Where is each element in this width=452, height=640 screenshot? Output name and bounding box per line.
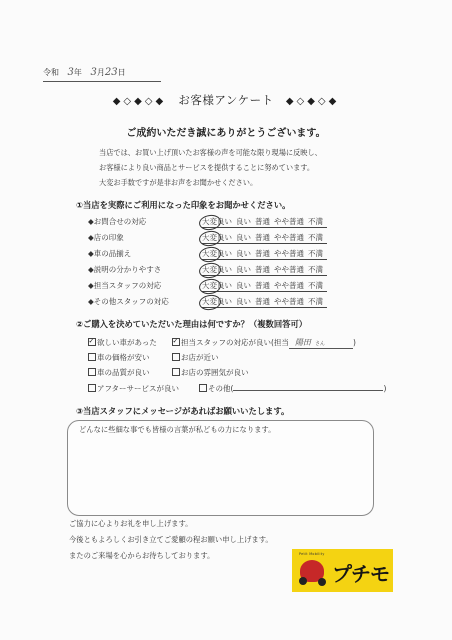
checkbox[interactable] <box>172 368 180 376</box>
rating-scale-row[interactable]: 大変良い良い普通やや普通不満 <box>202 280 327 292</box>
rating-option-average[interactable]: 普通 <box>255 233 270 242</box>
reason-other[interactable]: その他() <box>199 383 386 394</box>
company-logo: Petit Mobility プチモ <box>292 549 393 592</box>
rating-option-average[interactable]: 普通 <box>255 249 270 258</box>
logo-arc-text: Petit Mobility <box>299 552 325 556</box>
rating-option-fair[interactable]: やや普通 <box>274 233 304 242</box>
month-unit: 月 <box>97 68 105 77</box>
rating-option-fair[interactable]: やや普通 <box>274 281 304 290</box>
rating-option-poor[interactable]: 不満 <box>308 281 323 290</box>
wheel-icon <box>299 577 307 585</box>
reason-low-price[interactable]: 車の価格が安い <box>88 352 150 363</box>
reason-atmosphere[interactable]: お店の雰囲気が良い <box>172 367 249 378</box>
rating-option-excellent[interactable]: 大変良い <box>202 281 232 290</box>
rating-scale-row[interactable]: 大変良い良い普通やや普通不満 <box>202 248 327 260</box>
rating-option-good[interactable]: 良い <box>236 281 251 290</box>
rating-scale-row[interactable]: 大変良い良い普通やや普通不満 <box>202 264 327 276</box>
rating-scale-row[interactable]: 大変良い良い普通やや普通不満 <box>202 216 327 228</box>
section3-heading: ③当店スタッフにメッセージがあればお願いいたします。 <box>76 405 289 417</box>
rating-option-average[interactable]: 普通 <box>255 281 270 290</box>
checkbox[interactable] <box>88 368 96 376</box>
checkbox[interactable] <box>88 353 96 361</box>
rating-label: ◆担当スタッフの対応 <box>88 280 161 291</box>
closing-line-1: ご協力に心よりお礼を申し上げます。 <box>69 519 192 529</box>
rating-option-excellent[interactable]: 大変良い <box>202 233 232 242</box>
checkbox[interactable] <box>199 384 207 392</box>
title-text: お客様アンケート <box>178 93 273 107</box>
rating-option-excellent[interactable]: 大変良い <box>202 265 232 274</box>
thanks-heading: ご成約いただき誠にありがとうございます。 <box>0 124 452 139</box>
checkbox[interactable] <box>172 353 180 361</box>
day-unit: 日 <box>118 68 126 77</box>
rating-scale-row[interactable]: 大変良い良い普通やや普通不満 <box>202 296 327 308</box>
rating-option-average[interactable]: 普通 <box>255 265 270 274</box>
intro-line-3: 大変お手数ですが是非お声をお聞かせください。 <box>99 178 257 188</box>
rating-label: ◆その他スタッフの対応 <box>88 296 169 307</box>
rating-option-poor[interactable]: 不満 <box>308 249 323 258</box>
rating-option-good[interactable]: 良い <box>236 233 251 242</box>
checkbox-checked[interactable] <box>172 338 180 346</box>
diamond-decoration-left: ◆◇◆◇◆ <box>113 96 166 107</box>
rating-label: ◆車の品揃え <box>88 248 131 259</box>
rating-option-excellent[interactable]: 大変良い <box>202 217 232 226</box>
rating-scale-row[interactable]: 大変良い良い普通やや普通不満 <box>202 232 327 244</box>
day-value: 23 <box>105 67 118 78</box>
rating-option-good[interactable]: 良い <box>236 249 251 258</box>
intro-line-2: お客様により良い商品とサービスを提供することに努めています。 <box>99 163 314 173</box>
date-field[interactable]: 令和 3年 3月23日 <box>43 65 161 82</box>
logo-name: プチモ <box>332 558 389 587</box>
section1-heading: ①当店を実際にご利用になった印象をお聞かせください。 <box>76 199 290 211</box>
rating-option-poor[interactable]: 不満 <box>308 217 323 226</box>
survey-page: 令和 3年 3月23日 ◆◇◆◇◆ お客様アンケート ◆◇◆◇◆ ご成約いただき… <box>0 0 452 640</box>
rating-option-excellent[interactable]: 大変良い <box>202 297 232 306</box>
section2-heading: ②ご購入を決めていただいた理由は何ですか？（複数回答可） <box>76 318 307 330</box>
rating-option-fair[interactable]: やや普通 <box>274 217 304 226</box>
other-reason-field[interactable] <box>233 390 383 391</box>
staff-name-field[interactable]: 陽田さん <box>289 337 353 349</box>
era-label: 令和 <box>43 68 59 77</box>
reason-store-near[interactable]: お店が近い <box>172 352 219 363</box>
closing-line-2: 今後ともよろしくお引き立てご愛顧の程お願い申し上げます。 <box>69 535 273 545</box>
wheel-icon <box>318 578 326 586</box>
rating-option-good[interactable]: 良い <box>236 297 251 306</box>
rating-label: ◆店の印象 <box>88 232 124 243</box>
rating-option-excellent[interactable]: 大変良い <box>202 249 232 258</box>
reason-staff-good[interactable]: 担当スタッフの対応が良い(担当陽田さん) <box>172 337 356 349</box>
diamond-decoration-right: ◆◇◆◇◆ <box>286 96 339 107</box>
page-title: ◆◇◆◇◆ お客様アンケート ◆◇◆◇◆ <box>0 92 452 108</box>
closing-line-3: またのご来場を心からお待ちしております。 <box>69 551 214 561</box>
rating-label: ◆説明の分かりやすさ <box>88 264 161 275</box>
intro-line-1: 当店では、お買い上げ頂いたお客様の声を可能な限り現場に反映し、 <box>99 148 322 158</box>
rating-option-fair[interactable]: やや普通 <box>274 249 304 258</box>
checkbox[interactable] <box>88 384 96 392</box>
rating-option-good[interactable]: 良い <box>236 265 251 274</box>
checkbox-checked[interactable] <box>88 338 96 346</box>
message-prompt: どんなに些細な事でも皆様の言葉が私どもの力になります。 <box>79 425 275 435</box>
rating-option-fair[interactable]: やや普通 <box>274 297 304 306</box>
rating-option-poor[interactable]: 不満 <box>308 233 323 242</box>
rating-label: ◆お問合せの対応 <box>88 216 146 227</box>
year-unit: 年 <box>74 68 82 77</box>
reason-wanted-car[interactable]: 欲しい車があった <box>88 337 157 348</box>
reason-after-service[interactable]: アフターサービスが良い <box>88 383 179 394</box>
rating-option-good[interactable]: 良い <box>236 217 251 226</box>
reason-quality[interactable]: 車の品質が良い <box>88 367 150 378</box>
rating-option-poor[interactable]: 不満 <box>308 297 323 306</box>
rating-option-poor[interactable]: 不満 <box>308 265 323 274</box>
rating-option-average[interactable]: 普通 <box>255 217 270 226</box>
rating-option-fair[interactable]: やや普通 <box>274 265 304 274</box>
rating-option-average[interactable]: 普通 <box>255 297 270 306</box>
